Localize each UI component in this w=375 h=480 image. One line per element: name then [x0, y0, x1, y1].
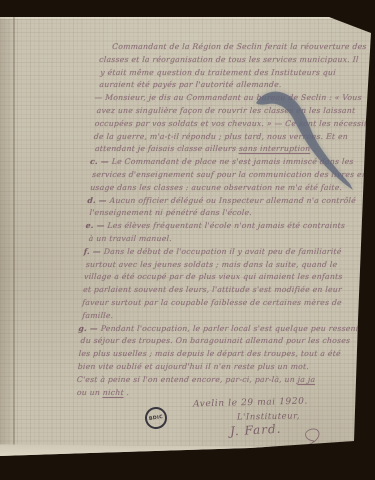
line-segment: c. —: [90, 157, 112, 166]
line-segment: Commandant de la Région de Seclin ferait…: [112, 42, 367, 51]
handwritten-line: famille.: [79, 310, 348, 323]
place-date-line: Avelin le 29 mai 1920.: [193, 396, 308, 409]
handwritten-line: avez une singulière façon de rouvrir les…: [93, 105, 362, 118]
handwritten-line: village a été occupé par de plus vieux q…: [82, 271, 351, 284]
handwritten-line: classes et la réorganisation de tous les…: [97, 54, 366, 67]
line-segment: classes et la réorganisation de tous les…: [99, 55, 359, 64]
handwritten-line: et parlaient souvent des leurs, l'attitu…: [81, 284, 350, 297]
line-segment: .: [310, 144, 316, 153]
line-segment: surtout avec les jeunes soldats ; mais d…: [86, 260, 338, 269]
handwritten-line: occupées par vos soldats et vos chevaux.…: [92, 118, 361, 131]
line-segment: nicht: [103, 388, 125, 397]
line-segment: de la guerre, m'a-t-il répondu ; plus ta…: [94, 132, 349, 141]
line-segment: services d'enseignement sauf pour la com…: [92, 170, 368, 179]
handwritten-line: usage dans les classes : aucune observat…: [88, 182, 357, 195]
line-segment: Le Commandant de place ne s'est jamais i…: [111, 157, 354, 166]
line-segment: Pendant l'occupation, le parler local s'…: [100, 324, 362, 333]
line-segment: occupées par vos soldats et vos chevaux.…: [94, 119, 375, 128]
line-segment: Les élèves fréquentant l'école n'ont jam…: [107, 221, 345, 230]
handwritten-line: surtout avec les jeunes soldats ; mais d…: [82, 259, 351, 272]
line-segment: auraient été payés par l'autorité allema…: [99, 80, 282, 89]
handwritten-line: services d'enseignement sauf pour la com…: [89, 169, 358, 182]
line-segment: sans interruption: [239, 144, 311, 153]
handwritten-line: Commandant de la Région de Seclin ferait…: [98, 41, 367, 54]
line-segment: Aucun officier délégué ou Inspecteur all…: [109, 196, 356, 205]
handwritten-line: faveur surtout par la coupable faiblesse…: [80, 297, 349, 310]
document-page: Commandant de la Région de Seclin ferait…: [0, 0, 375, 480]
handwritten-line: c. — Le Commandant de place ne s'est jam…: [90, 156, 359, 169]
line-segment: — Monsieur, je dis au Commandant au bure…: [94, 93, 362, 102]
paper-fold-crease: [13, 17, 15, 456]
line-segment: à un travail manuel.: [88, 234, 172, 243]
line-segment: .: [124, 388, 130, 397]
line-segment: ou un: [77, 388, 104, 397]
signatory-role: L'Instituteur,: [237, 411, 300, 422]
signature: J. Fard.: [230, 422, 282, 439]
line-segment: l'enseignement ni pénétré dans l'école.: [89, 208, 252, 217]
scanned-document-photo: Commandant de la Région de Seclin ferait…: [0, 0, 375, 480]
handwritten-line: les plus usuelles ; mais depuis le dépar…: [76, 348, 345, 361]
handwritten-line: attendant je faisais classe ailleurs san…: [90, 143, 359, 156]
handwritten-line: C'est à peine si l'on entend encore, par…: [74, 374, 343, 387]
line-segment: attendant je faisais classe ailleurs: [95, 144, 240, 153]
handwritten-line: g. — Pendant l'occupation, le parler loc…: [78, 323, 347, 336]
handwritten-line: l'enseignement ni pénétré dans l'école.: [86, 207, 355, 220]
stamp-label: BDIC: [149, 415, 164, 422]
handwritten-line: bien vite oublié et aujourd'hui il n'en …: [75, 361, 344, 374]
handwritten-line: — Monsieur, je dis au Commandant au bure…: [94, 92, 363, 105]
line-segment: f. —: [84, 247, 105, 256]
line-segment: d. —: [87, 196, 110, 205]
line-segment: faveur surtout par la coupable faiblesse…: [82, 298, 342, 307]
line-segment: Dans le début de l'occupation il y avait…: [104, 247, 342, 256]
line-segment: e. —: [85, 221, 107, 230]
paper-bottom-edge: [0, 444, 375, 459]
line-segment: C'est à peine si l'on entend encore, par…: [77, 375, 298, 384]
line-segment: famille.: [82, 311, 114, 320]
handwritten-line: de la guerre, m'a-t-il répondu ; plus ta…: [91, 131, 360, 144]
line-segment: usage dans les classes : aucune observat…: [90, 183, 343, 192]
line-segment: village a été occupé par de plus vieux q…: [84, 272, 343, 281]
line-segment: du séjour des troupes. On baragouinait a…: [80, 336, 350, 345]
handwritten-line: du séjour des troupes. On baragouinait a…: [77, 335, 346, 348]
line-segment: ja ja: [297, 375, 315, 384]
handwritten-line: y était même question du traitement des …: [96, 67, 365, 80]
paper-top-edge-highlight: [0, 17, 340, 19]
handwritten-line: f. — Dans le début de l'occupation il y …: [83, 246, 352, 259]
line-segment: g. —: [78, 324, 101, 333]
handwritten-line: auraient été payés par l'autorité allema…: [95, 79, 364, 92]
line-segment: bien vite oublié et aujourd'hui il n'en …: [77, 362, 309, 371]
line-segment: avez une singulière façon de rouvrir les…: [96, 106, 355, 115]
line-segment: les plus usuelles ; mais depuis le dépar…: [78, 349, 341, 358]
line-segment: y était même question du traitement des …: [100, 68, 336, 77]
line-segment: et parlaient souvent des leurs, l'attitu…: [83, 285, 342, 294]
bdic-archive-stamp: BDIC: [144, 406, 169, 431]
handwritten-line: d. — Aucun officier délégué ou Inspecteu…: [87, 195, 356, 208]
handwriting-block: Commandant de la Région de Seclin ferait…: [73, 41, 366, 399]
handwritten-line: e. — Les élèves fréquentant l'école n'on…: [85, 220, 354, 233]
handwritten-line: à un travail manuel.: [84, 233, 353, 246]
